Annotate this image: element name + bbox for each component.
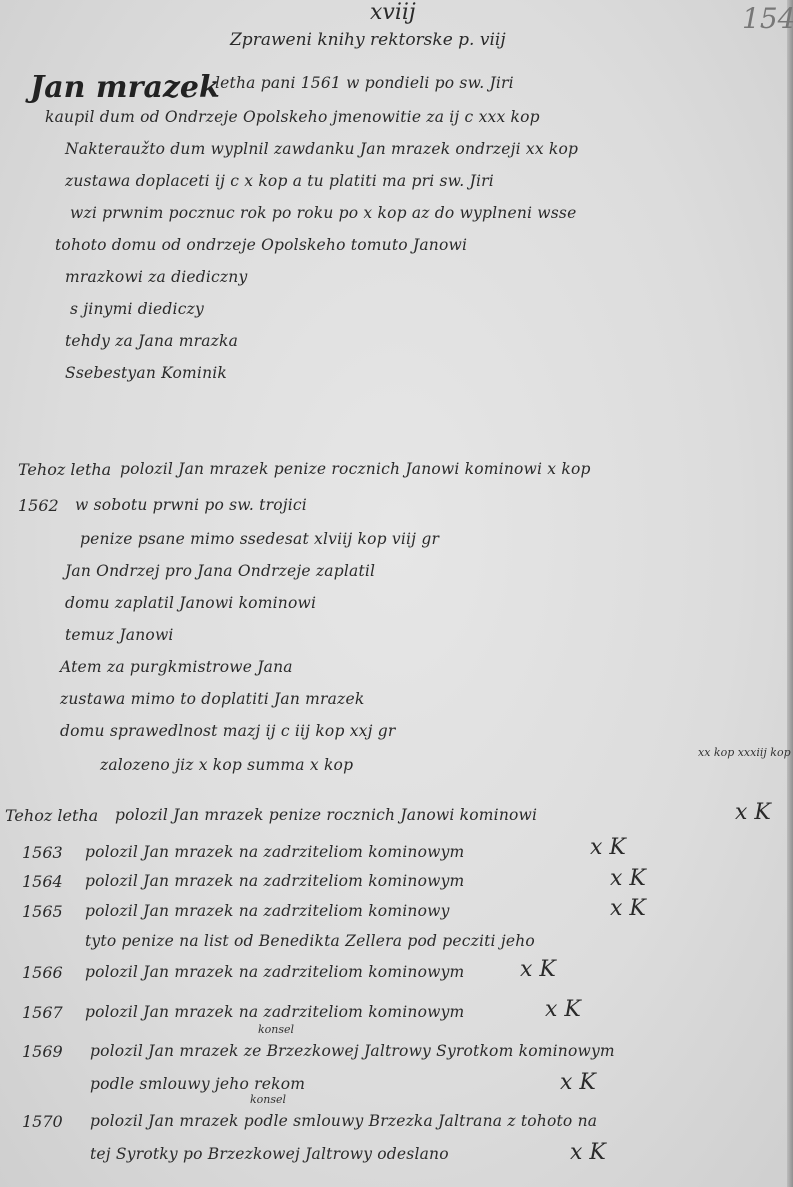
entry-line: polozil Jan mrazek na zadrziteliom komin… [85,1003,464,1021]
entry-line: polozil Jan mrazek na zadrziteliom komin… [85,902,450,920]
entry-year: 1565 [22,902,63,921]
entry-line: domu sprawedlnost mazj ij c iij kop xxj … [60,722,395,740]
entry-year: 1570 [22,1112,63,1131]
entry-year: 1564 [22,872,63,891]
entry-line: s jinymi diediczy [70,300,204,318]
entry-line: zustawa doplaceti ij c x kop a tu platit… [65,172,494,190]
payment-mark: x K [590,835,626,860]
entry-line: polozil Jan mrazek na zadrziteliom komin… [85,872,464,890]
payment-mark: x K [610,866,646,891]
entry-line: zustawa mimo to doplatiti Jan mrazek [60,690,364,708]
entry-line: Jan Ondrzej pro Jana Ondrzeje zaplatil [65,562,375,580]
superscript-note: xx kop xxxiij kop [698,746,791,759]
page-edge [787,0,793,1187]
entry-line: tehdy za Jana mrazka [65,332,238,350]
entry-line: kaupil dum od Ondrzeje Opolskeho jmenowi… [45,108,540,126]
entry-year: Tehoz letha [5,806,98,825]
superscript-note: konsel [250,1093,286,1106]
entry-line: domu zaplatil Janowi kominowi [65,594,316,612]
entry-line: tyto penize na list od Benedikta Zellera… [85,932,535,950]
entry-year: 1567 [22,1003,63,1022]
entry-name: Jan mrazek [30,70,220,105]
header-title: Zpraweni knihy rektorske p. viij [230,30,506,50]
entry-line: podle smlouwy jeho rekom [90,1075,305,1093]
entry-line: tej Syrotky po Brzezkowej Jaltrowy odesl… [90,1145,449,1163]
manuscript-page: 154 xviij Zpraweni knihy rektorske p. vi… [0,0,793,1187]
payment-mark: x K [520,957,556,982]
entry-line: mrazkowi za diediczny [65,268,247,286]
entry-line: polozil Jan mrazek penize rocznich Janow… [115,806,537,824]
payment-mark: x K [545,997,581,1022]
entry-year: Tehoz letha [18,460,111,479]
entry-line: polozil Jan mrazek podle smlouwy Brzezka… [90,1112,597,1130]
entry-line: polozil Jan mrazek penize rocznich Janow… [120,460,591,478]
entry-line: Nakteraužto dum wyplnil zawdanku Jan mra… [65,140,578,158]
payment-mark: x K [610,896,646,921]
entry-year: 1566 [22,963,63,982]
entry-line: polozil Jan mrazek na zadrziteliom komin… [85,843,464,861]
entry-line: Ssebestyan Kominik [65,364,227,382]
payment-mark: x K [570,1140,606,1165]
superscript-note: konsel [258,1023,294,1036]
entry-year: 1562 [18,496,59,515]
entry-line: w sobotu prwni po sw. trojici [75,496,307,514]
folio-number: 154 [742,2,793,35]
entry-line: letha pani 1561 w pondieli po sw. Jiri [215,74,514,92]
entry-line: polozil Jan mrazek ze Brzezkowej Jaltrow… [90,1042,615,1060]
entry-line: tohoto domu od ondrzeje Opolskeho tomuto… [55,236,467,254]
entry-line: penize psane mimo ssedesat xlviij kop vi… [80,530,439,548]
payment-mark: x K [735,800,771,825]
entry-line: temuz Janowi [65,626,174,644]
header-numeral: xviij [370,0,416,25]
entry-line: zalozeno jiz x kop summa x kop [100,756,353,774]
entry-line: polozil Jan mrazek na zadrziteliom komin… [85,963,464,981]
entry-line: wzi prwnim pocznuc rok po roku po x kop … [70,204,576,222]
entry-year: 1563 [22,843,63,862]
payment-mark: x K [560,1070,596,1095]
entry-year: 1569 [22,1042,63,1061]
entry-line: Atem za purgkmistrowe Jana [60,658,293,676]
